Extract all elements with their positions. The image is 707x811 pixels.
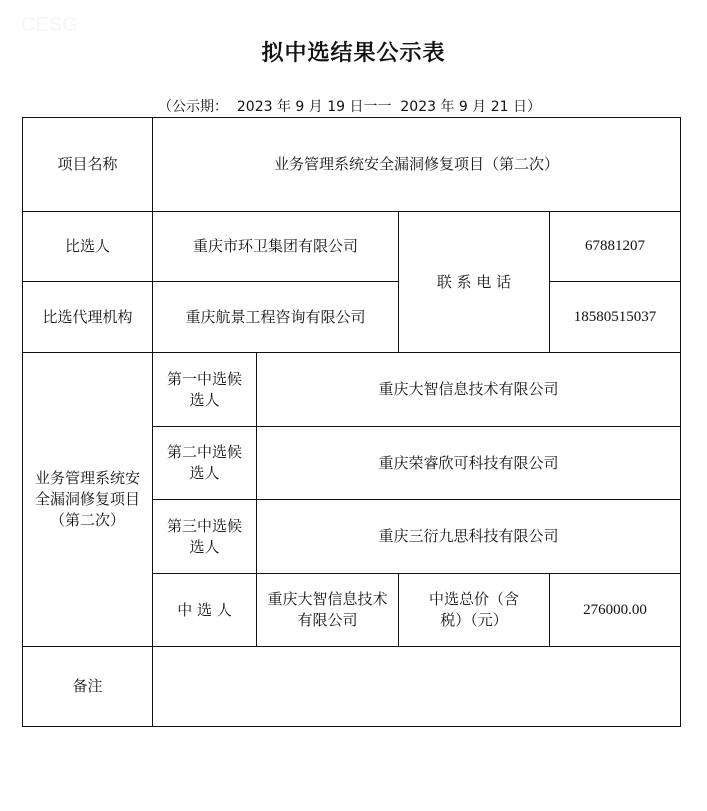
candidate-rank-label: 第二中选候选人	[153, 427, 257, 500]
candidate-company: 重庆大智信息技术有限公司	[257, 353, 681, 427]
winner-value: 重庆大智信息技术有限公司	[257, 574, 399, 647]
winner-label: 中 选 人	[153, 574, 257, 647]
selector-value: 重庆市环卫集团有限公司	[153, 212, 399, 282]
page-title: 拟中选结果公示表	[0, 36, 707, 67]
project-name-value: 业务管理系统安全漏洞修复项目（第二次）	[153, 118, 681, 212]
contact-phone-label: 联 系 电 话	[399, 212, 550, 353]
candidate-company: 重庆荣睿欣可科技有限公司	[257, 427, 681, 500]
total-price-value: 276000.00	[550, 574, 681, 647]
agency-phone: 18580515037	[550, 282, 681, 353]
total-price-label: 中选总价（含税）（元）	[399, 574, 550, 647]
candidate-company: 重庆三衍九思科技有限公司	[257, 500, 681, 574]
candidate-rank-label: 第一中选候选人	[153, 353, 257, 427]
result-table: 项目名称 业务管理系统安全漏洞修复项目（第二次） 比选人 重庆市环卫集团有限公司…	[22, 117, 681, 727]
row-agency: 比选代理机构 重庆航景工程咨询有限公司 18580515037	[23, 282, 681, 353]
row-candidate-1: 业务管理系统安全漏洞修复项目（第二次） 第一中选候选人 重庆大智信息技术有限公司	[23, 353, 681, 427]
row-selector: 比选人 重庆市环卫集团有限公司 联 系 电 话 67881207	[23, 212, 681, 282]
row-remarks: 备注	[23, 647, 681, 727]
agency-value: 重庆航景工程咨询有限公司	[153, 282, 399, 353]
remarks-label: 备注	[23, 647, 153, 727]
row-project-name: 项目名称 业务管理系统安全漏洞修复项目（第二次）	[23, 118, 681, 212]
selector-label: 比选人	[23, 212, 153, 282]
publicity-period: （公示期： 2023 年 9 月 19 日一一 2023 年 9 月 21 日）	[158, 96, 541, 116]
watermark: CESG	[21, 14, 78, 37]
agency-label: 比选代理机构	[23, 282, 153, 353]
project-name-label: 项目名称	[23, 118, 153, 212]
selector-phone: 67881207	[550, 212, 681, 282]
candidate-rank-label: 第三中选候选人	[153, 500, 257, 574]
remarks-value	[153, 647, 681, 727]
section-label: 业务管理系统安全漏洞修复项目（第二次）	[23, 353, 153, 647]
